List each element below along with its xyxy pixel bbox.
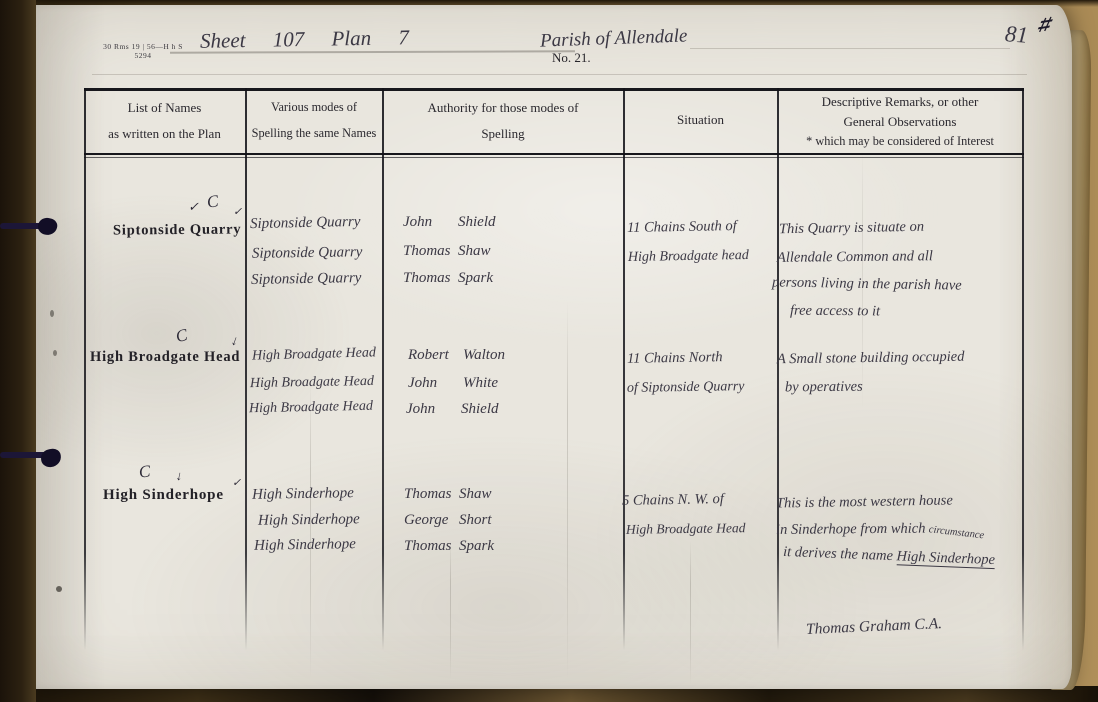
remark-line: in Sinderhope from which circumstance (776, 520, 985, 539)
authority-entry: ThomasSpark (404, 538, 494, 555)
header-authority-line1: Authority for those modes of (383, 100, 623, 116)
header-spelling-line1: Various modes of (246, 100, 382, 115)
authority-entry: ThomasShaw (404, 486, 492, 503)
remark-line: Allendale Common and all (777, 248, 933, 267)
table-border-left (84, 88, 86, 656)
authority-first-name: John (403, 214, 458, 231)
authority-last-name: Spark (458, 270, 493, 286)
remark-line: This is the most western house (776, 492, 953, 512)
page-number: 81 (1004, 21, 1029, 49)
header-authority-line2: Spelling (383, 126, 623, 142)
check-mark: ✓ (188, 199, 199, 215)
header-names-line2: as written on the Plan (84, 126, 245, 142)
header-remarks-line3: * which may be considered of Interest (778, 134, 1022, 149)
check-mark: ✓ (233, 205, 242, 218)
authority-first-name: Robert (408, 347, 463, 364)
c-mark: C (138, 461, 151, 482)
table-header-rule-2 (84, 157, 1024, 158)
spelling-entry: High Sinderhope (258, 511, 360, 529)
printer-imprint-line2: 5294 (135, 51, 152, 60)
remark-line: This Quarry is situate on (779, 219, 924, 239)
spelling-entry: Siptonside Quarry (252, 244, 363, 263)
remark-line: A Small stone building occupied (777, 349, 965, 369)
spelling-entry: High Sinderhope (254, 536, 356, 555)
table-header-rule (84, 153, 1024, 155)
authority-last-name: Shield (461, 401, 499, 417)
remark-line: by operatives (785, 379, 863, 397)
situation-line: High Broadgate head (628, 248, 749, 266)
plan-name: Siptonside Quarry (113, 221, 242, 239)
authority-last-name: Spark (459, 538, 494, 554)
situation-line: 11 Chains South of (627, 218, 737, 237)
spelling-entry: High Broadgate Head (249, 399, 373, 418)
faint-rule (92, 74, 1027, 75)
situation-line: High Broadgate Head (626, 520, 746, 538)
table-divider-1 (245, 88, 247, 656)
authority-last-name: Shaw (458, 243, 491, 259)
authority-last-name: Shaw (459, 486, 492, 502)
authority-first-name: George (404, 512, 459, 529)
faint-rule (690, 48, 1010, 49)
ink-speck (50, 310, 54, 317)
remark-text: it derives the name (783, 544, 893, 564)
authority-first-name: Thomas (403, 270, 458, 287)
scanned-name-book-page: 30 Rms 19 | 56—H h S 5294 Sheet 107 Plan… (0, 0, 1098, 702)
authority-entry: JohnShield (403, 214, 496, 231)
table-border-right (1022, 88, 1024, 656)
sheet-plan-label: Sheet 107 Plan 7 (200, 25, 409, 54)
authority-entry: GeorgeShort (404, 512, 492, 529)
table-top-rule (84, 88, 1024, 91)
header-remarks-line2: General Observations (778, 114, 1022, 130)
table-divider-3 (623, 88, 625, 656)
authority-entry: ThomasShaw (403, 243, 491, 260)
header-spelling-line2: Spelling the same Names (246, 126, 382, 141)
ink-speck (53, 350, 57, 356)
authority-last-name: Shield (458, 214, 496, 230)
authority-last-name: White (463, 375, 498, 391)
plan-name: High Sinderhope (103, 487, 224, 504)
spelling-entry: Siptonside Quarry (251, 270, 362, 289)
situation-line: 5 Chains N. W. of (622, 491, 724, 510)
header-situation: Situation (624, 112, 777, 128)
authority-first-name: John (406, 401, 461, 418)
authority-entry: RobertWalton (408, 347, 505, 364)
situation-line: of Siptonside Quarry (627, 379, 745, 397)
header-names-line1: List of Names (84, 100, 245, 116)
authority-first-name: Thomas (404, 486, 459, 503)
authority-first-name: Thomas (404, 538, 459, 555)
header-remarks-line1: Descriptive Remarks, or other (778, 94, 1022, 110)
remark-text: in Sinderhope from which (776, 521, 926, 538)
authority-entry: JohnShield (406, 401, 499, 418)
table-divider-4 (777, 88, 779, 656)
authority-last-name: Walton (463, 347, 505, 363)
plan-name: High Broadgate Head (90, 349, 240, 366)
authority-entry: ThomasSpark (403, 270, 493, 287)
situation-line: 11 Chains North (627, 349, 723, 368)
remark-line: persons living in the parish have (772, 274, 962, 294)
ink-speck (56, 586, 62, 592)
authority-last-name: Short (459, 512, 492, 528)
spelling-entry: High Broadgate Head (250, 374, 374, 392)
spelling-entry: High Sinderhope (252, 485, 354, 504)
check-mark: ✓ (232, 476, 241, 489)
table-divider-2 (382, 88, 384, 656)
form-number: No. 21. (552, 50, 591, 66)
authority-first-name: John (408, 375, 463, 392)
remark-line: free access to it (790, 303, 880, 321)
authority-first-name: Thomas (403, 243, 458, 260)
printer-imprint-line1: 30 Rms 19 | 56—H h S (103, 42, 183, 51)
spelling-entry: High Broadgate Head (252, 345, 376, 364)
authority-entry: JohnWhite (408, 375, 498, 392)
wood-edge-left (0, 0, 36, 702)
spelling-entry: Siptonside Quarry (250, 214, 361, 233)
